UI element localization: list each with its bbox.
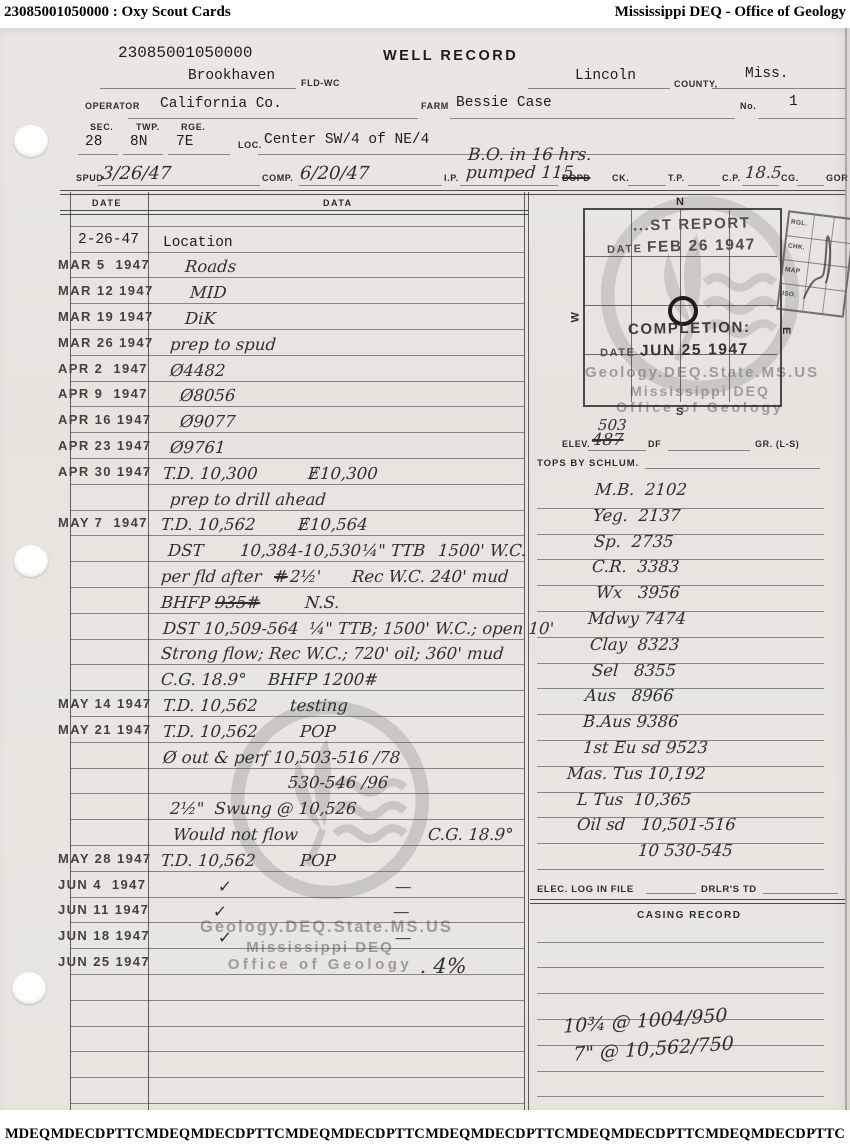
footer-bar: MDEQMDECDPTTCMDEQMDECDPTTCMDEQMDECDPTTCM… <box>0 1122 850 1147</box>
formation-top-entry: Oil sd 10,501-516 <box>576 815 736 834</box>
formation-top-entry: Mdwy 7474 <box>587 609 686 628</box>
formation-top-entry: B.Aus 9386 <box>582 712 679 731</box>
footer-token: PTTC <box>106 1126 145 1143</box>
formation-top-entry: Sel 8355 <box>591 661 676 680</box>
footer-token: MDECD <box>751 1126 806 1143</box>
footer-token: MDECD <box>191 1126 246 1143</box>
drlrs-td-label: DRLR'S TD <box>701 884 757 895</box>
viewer-header-bar: 23085001050000 : Oxy Scout Cards Mississ… <box>0 0 850 28</box>
footer-token: PTTC <box>386 1126 425 1143</box>
scanned-well-record-card: Geology.DEQ.State.MS.US Mississippi DEQ … <box>0 28 850 1110</box>
formation-top-entry: Mas. Tus 10,192 <box>566 764 706 783</box>
footer-token: PTTC <box>246 1126 285 1143</box>
footer-token: PTTC <box>666 1126 705 1143</box>
casing-record-heading: CASING RECORD <box>637 910 742 921</box>
formation-top-entry: Sp. 2735 <box>593 532 674 551</box>
formation-top-entry: Wx 3956 <box>595 583 680 602</box>
footer-token: MDECD <box>331 1126 386 1143</box>
footer-token: MDEQ <box>705 1126 750 1143</box>
footer-token: MDECD <box>471 1126 526 1143</box>
formation-top-entry: L Tus 10,365 <box>576 790 692 809</box>
document-id-title: 23085001050000 : Oxy Scout Cards <box>4 4 231 21</box>
footer-token: MDEQ <box>425 1126 470 1143</box>
formation-top-entry: Yeg. 2137 <box>592 506 681 525</box>
formation-top-entry: C.R. 3383 <box>591 557 680 576</box>
formation-top-entry: 10 530-545 <box>637 841 733 860</box>
footer-token: MDECD <box>611 1126 666 1143</box>
footer-token: MDEQ <box>5 1126 50 1143</box>
footer-token: MDEQ <box>145 1126 190 1143</box>
agency-title: Mississippi DEQ - Office of Geology <box>615 4 846 21</box>
footer-token: MDECD <box>51 1126 106 1143</box>
footer-token: PTTC <box>806 1126 845 1143</box>
footer-token: MDEQ <box>285 1126 330 1143</box>
elec-log-label: ELEC. LOG IN FILE <box>537 884 634 895</box>
formation-top-entry: 1st Eu sd 9523 <box>582 738 708 757</box>
footer-token: MDEQ <box>565 1126 610 1143</box>
formation-top-entry: Clay 8323 <box>589 635 680 654</box>
footer-token: PTTC <box>526 1126 565 1143</box>
formation-top-entry: Aus 8966 <box>584 686 674 705</box>
formation-top-entry: M.B. 2102 <box>594 480 687 499</box>
